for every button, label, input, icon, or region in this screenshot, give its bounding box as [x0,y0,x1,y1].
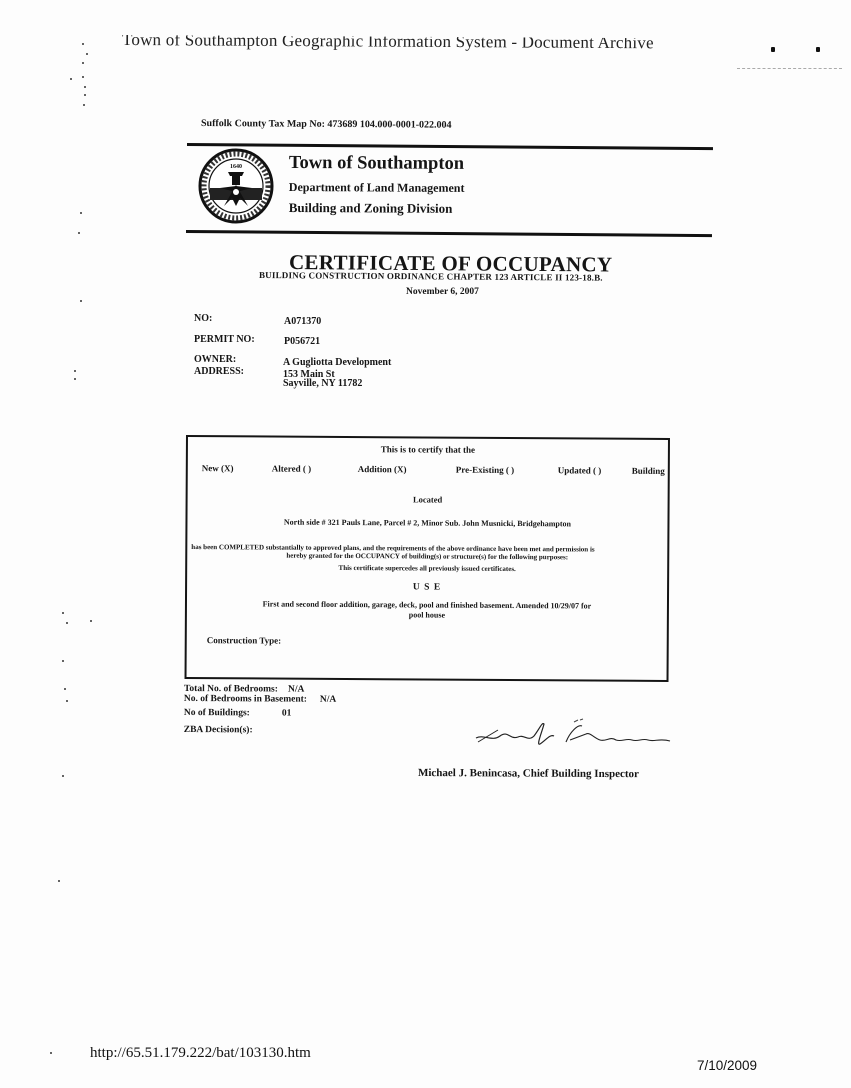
completed-line-2: hereby granted for the OCCUPANCY of buil… [187,551,667,562]
field-value-owner: A Gugliotta Development [283,357,391,368]
construction-type-label: Construction Type: [207,635,281,645]
summary-row-buildings: No of Buildings: 01 [184,708,307,722]
type-building: Building [632,466,665,476]
type-addition: Addition (X) [358,464,407,474]
certify-line: This is to certify that the [188,443,668,456]
certificate-subtitle: BUILDING CONSTRUCTION ORDINANCE CHAPTER … [259,270,603,283]
building-type-row: New (X) Altered ( ) Addition (X) Pre-Exi… [202,463,664,466]
field-label-owner: OWNER: [194,354,236,365]
field-label-no: NO: [194,313,212,324]
location-text: North side # 321 Pauls Lane, Parcel # 2,… [187,517,667,529]
town-seal-icon: 1640 [198,148,274,224]
type-updated: Updated ( ) [558,465,602,475]
use-heading: U S E [187,581,667,594]
use-line-2: pool house [187,609,667,621]
org-division: Building and Zoning Division [289,200,465,217]
certificate-box: This is to certify that the New (X) Alte… [185,435,670,682]
organization-block: Town of Southampton Department of Land M… [289,153,465,217]
type-pre-existing: Pre-Existing ( ) [456,465,514,475]
field-label-permit: PERMIT NO: [194,334,255,345]
scan-specks [0,0,120,1088]
org-name: Town of Southampton [289,153,465,175]
print-header-title: Town of Southampton Geographic Informati… [122,30,654,53]
summary-fields: Total No. of Bedrooms: N/A No. of Bedroo… [184,684,307,739]
tax-map-number: Suffolk County Tax Map No: 473689 104.00… [201,118,452,131]
scan-marks [766,45,826,55]
print-footer-date: 7/10/2009 [697,1058,757,1073]
type-new: New (X) [202,463,234,473]
org-department: Department of Land Management [289,180,465,196]
field-value-no: A071370 [284,316,321,327]
field-value-address-line2: Sayville, NY 11782 [283,379,362,388]
print-footer-url: http://65.51.179.222/bat/103130.htm [90,1045,311,1062]
certificate-date: November 6, 2007 [406,287,479,297]
header-rule-bottom [186,230,712,237]
summary-row-basement-bedrooms: No. of Bedrooms in Basement: N/A [184,694,307,706]
summary-row-zba: ZBA Decision(s): [184,725,307,739]
type-altered: Altered ( ) [272,464,311,474]
signature-icon [470,716,680,756]
field-label-address: ADDRESS: [194,366,244,377]
field-value-permit: P056721 [284,336,320,347]
inspector-name: Michael J. Benincasa, Chief Building Ins… [418,767,639,780]
supersedes-text: This certificate supercedes all previous… [187,563,667,574]
scan-line [737,68,842,70]
located-label: Located [188,493,668,506]
seal-year: 1640 [230,164,242,170]
